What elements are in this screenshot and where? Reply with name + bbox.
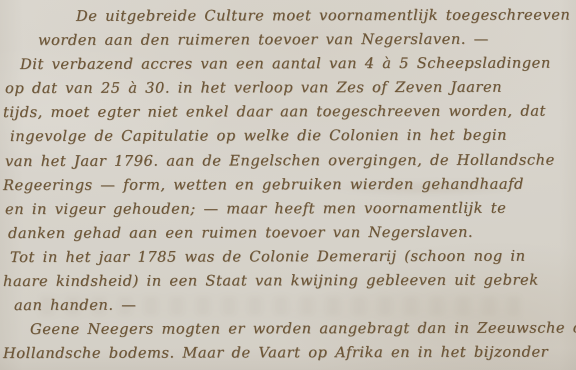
manuscript-line: danken gehad aan een ruimen toevoer van …	[0, 220, 576, 246]
manuscript-line: op dat van 25 à 30. in het verloop van Z…	[0, 76, 576, 102]
manuscript-line: Regeerings — form, wetten en gebruiken w…	[0, 172, 576, 198]
manuscript-line: Hollandsche bodems. Maar de Vaart op Afr…	[0, 341, 576, 367]
manuscript-line: tijds, moet egter niet enkel daar aan to…	[0, 100, 576, 126]
manuscript-text-block: De uitgebreide Culture moet voornamentli…	[0, 5, 576, 366]
manuscript-line: De uitgebreide Culture moet voornamentli…	[0, 3, 576, 29]
manuscript-line: en in vigeur gehouden; — maar heeft men …	[0, 196, 576, 222]
manuscript-line: haare kindsheid) in een Staat van kwijni…	[0, 269, 576, 295]
manuscript-line: Tot in het jaar 1785 was de Colonie Deme…	[0, 244, 576, 270]
manuscript-line: Dit verbazend accres van een aantal van …	[0, 52, 576, 78]
manuscript-line: Geene Neegers mogten er worden aangebrag…	[0, 317, 576, 343]
manuscript-line: worden aan den ruimeren toevoer van Nege…	[0, 28, 576, 54]
manuscript-line: aan handen. —	[0, 293, 576, 319]
manuscript-line: ingevolge de Capitulatie op welke die Co…	[0, 124, 576, 150]
manuscript-page: De uitgebreide Culture moet voornamentli…	[0, 0, 576, 370]
manuscript-line: van het Jaar 1796. aan de Engelschen ove…	[0, 148, 576, 174]
